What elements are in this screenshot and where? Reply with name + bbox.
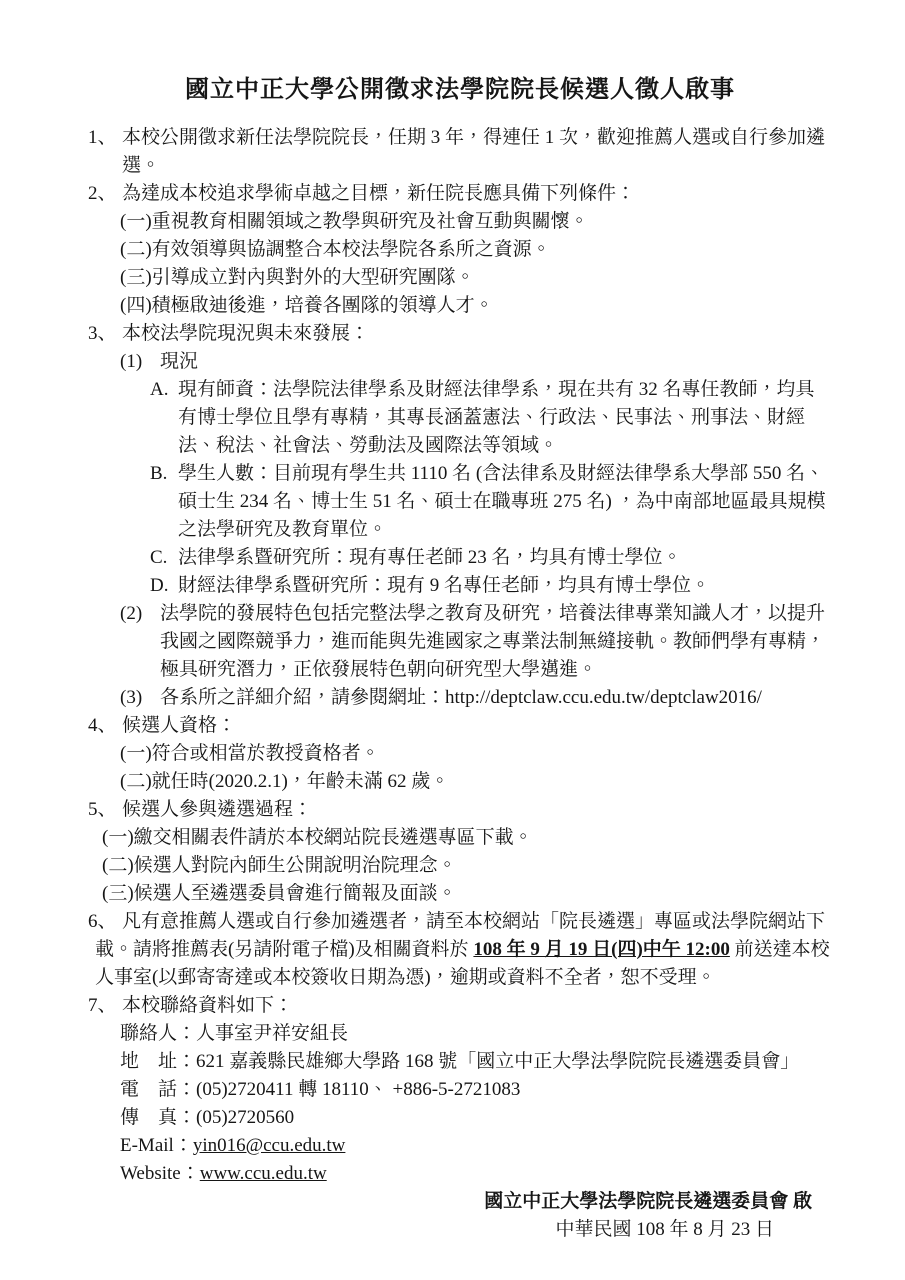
item-3-point-d: D.財經法律學系暨研究所：現有 9 名專任老師，均具有博士學位。 <box>88 572 832 600</box>
deadline-emphasis: 108 年 9 月 19 日(四)中午 12:00 <box>473 939 729 960</box>
item-3-sub-1: (1)現況 <box>88 348 832 376</box>
item-3-point-b-label: B. <box>150 460 178 488</box>
item-4-text: 候選人資格： <box>122 715 236 736</box>
contact-address-label: 地 址： <box>120 1051 196 1072</box>
item-3-sub-1-text: 現況 <box>160 351 198 372</box>
list-item-2: 2、為達成本校追求學術卓越之目標，新任院長應具備下列條件： <box>88 180 832 208</box>
contact-fax-row: 傳 真：(05)2720560 <box>120 1104 832 1132</box>
contact-fax-value: (05)2720560 <box>196 1107 294 1128</box>
item-3-sub-3-label: (3) <box>120 684 160 712</box>
item-2-sub-1: (一)重視教育相關領域之教學與研究及社會互動與關懷。 <box>120 208 832 236</box>
item-3-point-a-label: A. <box>150 376 178 404</box>
list-item-6: 6、凡有意推薦人選或自行參加遴選者，請至本校網站「院長遴選」專區或法學院網站下載… <box>88 908 832 992</box>
item-3-text: 本校法學院現況與未來發展： <box>122 323 369 344</box>
item-3-sub-3: (3)各系所之詳細介紹，請參閱網址：http://deptclaw.ccu.ed… <box>88 684 832 712</box>
item-1-number: 1、 <box>88 124 122 152</box>
contact-website-link[interactable]: www.ccu.edu.tw <box>200 1163 327 1184</box>
item-3-point-c-label: C. <box>150 544 178 572</box>
contact-address-row: 地 址：621 嘉義縣民雄鄉大學路 168 號「國立中正大學法學院院長遴選委員會… <box>120 1048 832 1076</box>
item-5-text: 候選人參與遴選過程： <box>122 799 312 820</box>
department-url-link[interactable]: http://deptclaw.ccu.edu.tw/deptclaw2016/ <box>445 687 762 708</box>
page-title: 國立中正大學公開徵求法學院院長候選人徵人啟事 <box>88 74 832 106</box>
item-3-point-c: C.法律學系暨研究所：現有專任老師 23 名，均具有博士學位。 <box>88 544 832 572</box>
item-5-number: 5、 <box>88 796 122 824</box>
item-3-point-c-text: 法律學系暨研究所：現有專任老師 23 名，均具有博士學位。 <box>178 547 682 568</box>
list-item-7: 7、本校聯絡資料如下： <box>88 992 832 1020</box>
item-2-text: 為達成本校追求學術卓越之目標，新任院長應具備下列條件： <box>122 183 635 204</box>
contact-person-value: 人事室尹祥安組長 <box>196 1023 348 1044</box>
item-3-sub-3-text: 各系所之詳細介紹，請參閱網址： <box>160 687 445 708</box>
list-item-1: 1、本校公開徵求新任法學院院長，任期 3 年，得連任 1 次，歡迎推薦人選或自行… <box>88 124 832 180</box>
contact-email-row: E-Mail：yin016@ccu.edu.tw <box>120 1132 832 1160</box>
list-item-3: 3、本校法學院現況與未來發展： <box>88 320 832 348</box>
contact-address-value: 621 嘉義縣民雄鄉大學路 168 號「國立中正大學法學院院長遴選委員會」 <box>196 1051 799 1072</box>
item-3-point-b-text: 學生人數：目前現有學生共 1110 名 (含法律系及財經法律學系大學部 550 … <box>178 463 826 540</box>
item-4-number: 4、 <box>88 712 122 740</box>
contact-phone-label: 電 話： <box>120 1079 196 1100</box>
item-4-sub-2: (二)就任時(2020.2.1)，年齡未滿 62 歲。 <box>120 768 832 796</box>
contact-website-row: Website：www.ccu.edu.tw <box>120 1160 832 1188</box>
item-3-point-d-label: D. <box>150 572 178 600</box>
item-2-number: 2、 <box>88 180 122 208</box>
item-4-sub-1: (一)符合或相當於教授資格者。 <box>120 740 832 768</box>
item-5-sub-3: (三)候選人至遴選委員會進行簡報及面談。 <box>102 880 832 908</box>
item-3-sub-2-label: (2) <box>120 600 160 628</box>
list-item-5: 5、候選人參與遴選過程： <box>88 796 832 824</box>
contact-phone-value: (05)2720411 轉 18110、 +886-5-2721083 <box>196 1079 520 1100</box>
item-3-number: 3、 <box>88 320 122 348</box>
list-item-4: 4、候選人資格： <box>88 712 832 740</box>
contact-phone-row: 電 話：(05)2720411 轉 18110、 +886-5-2721083 <box>120 1076 832 1104</box>
contact-website-label: Website： <box>120 1163 200 1184</box>
contact-email-label: E-Mail： <box>120 1135 193 1156</box>
item-2-sub-3: (三)引導成立對內與對外的大型研究團隊。 <box>120 264 832 292</box>
contact-person-label: 聯絡人： <box>120 1023 196 1044</box>
item-3-point-a-text: 現有師資：法學院法律學系及財經法律學系，現在共有 32 名專任教師，均具有博士學… <box>178 379 815 456</box>
item-3-point-b: B.學生人數：目前現有學生共 1110 名 (含法律系及財經法律學系大學部 55… <box>88 460 832 544</box>
contact-person-row: 聯絡人：人事室尹祥安組長 <box>120 1020 832 1048</box>
item-3-point-d-text: 財經法律學系暨研究所：現有 9 名專任老師，均具有博士學位。 <box>178 575 710 596</box>
announcement-document: 國立中正大學公開徵求法學院院長候選人徵人啟事 1、本校公開徵求新任法學院院長，任… <box>0 0 905 1280</box>
item-5-sub-1: (一)繳交相關表件請於本校網站院長遴選專區下載。 <box>102 824 832 852</box>
item-3-sub-1-label: (1) <box>120 348 160 376</box>
item-6-number: 6、 <box>88 908 122 936</box>
item-2-sub-2: (二)有效領導與協調整合本校法學院各系所之資源。 <box>120 236 832 264</box>
signature-committee: 國立中正大學法學院院長遴選委員會 啟 <box>88 1188 832 1216</box>
signature-date: 中華民國 108 年 8 月 23 日 <box>88 1216 832 1244</box>
item-3-sub-2-text: 法學院的發展特色包括完整法學之教育及研究，培養法律專業知識人才，以提升我國之國際… <box>160 603 825 680</box>
item-2-sub-4: (四)積極啟迪後進，培養各團隊的領導人才。 <box>120 292 832 320</box>
contact-fax-label: 傳 真： <box>120 1107 196 1128</box>
item-5-sub-2: (二)候選人對院內師生公開說明治院理念。 <box>102 852 832 880</box>
item-1-text: 本校公開徵求新任法學院院長，任期 3 年，得連任 1 次，歡迎推薦人選或自行參加… <box>122 127 825 176</box>
item-3-point-a: A.現有師資：法學院法律學系及財經法律學系，現在共有 32 名專任教師，均具有博… <box>88 376 832 460</box>
item-7-text: 本校聯絡資料如下： <box>122 995 293 1016</box>
contact-email-link[interactable]: yin016@ccu.edu.tw <box>193 1135 346 1156</box>
item-7-number: 7、 <box>88 992 122 1020</box>
item-3-sub-2: (2)法學院的發展特色包括完整法學之教育及研究，培養法律專業知識人才，以提升我國… <box>88 600 832 684</box>
